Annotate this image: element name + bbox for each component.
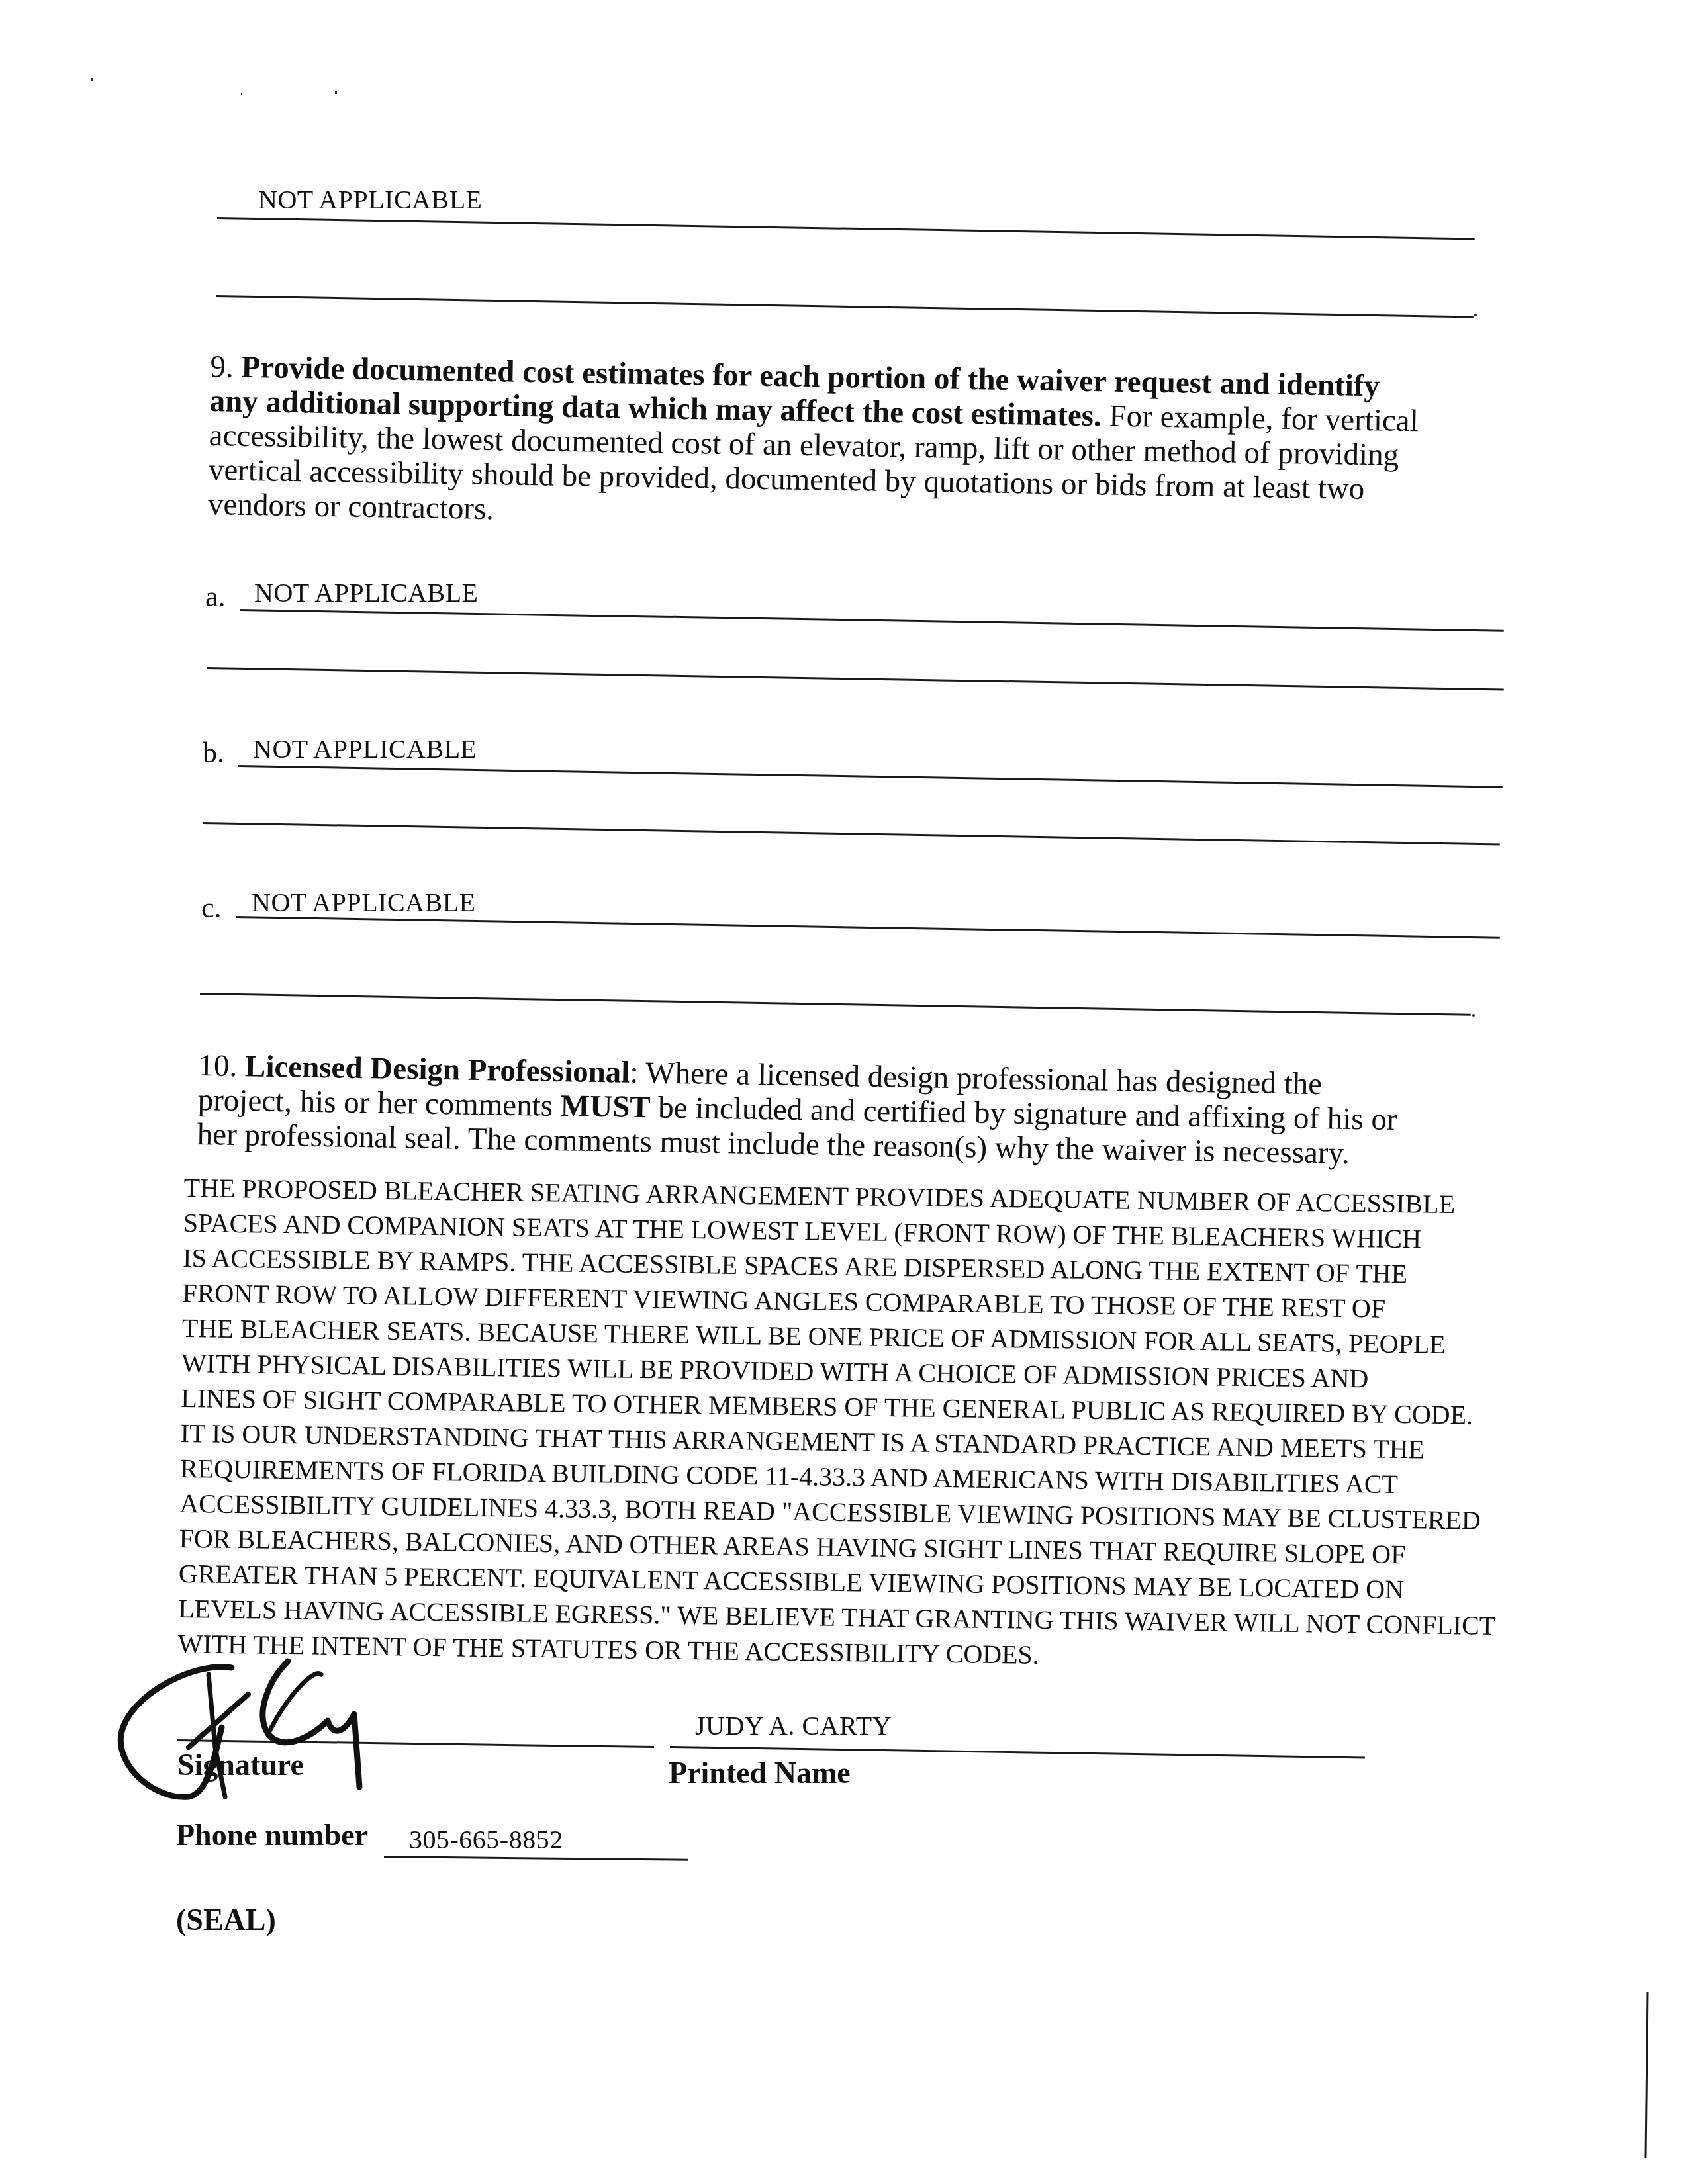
item-9-text: 9. Provide documented cost estimates for… [208, 349, 1419, 541]
phone-number-value: 305-665-8852 [409, 1824, 563, 1855]
item-9c-line-1[interactable] [236, 916, 1500, 939]
printed-name-value: JUDY A. CARTY [695, 1710, 892, 1741]
item-10-title: Licensed Design Professional [245, 1049, 630, 1090]
printed-name-label: Printed Name [669, 1755, 851, 1790]
item-9c-line-2[interactable] [200, 993, 1471, 1016]
design-professional-comments: THE PROPOSED BLEACHER SEATING ARRANGEMEN… [177, 1170, 1501, 1678]
item-9c-answer: NOT APPLICABLE [252, 887, 476, 918]
item-9c-letter: c. [201, 891, 222, 925]
period-mark [1474, 314, 1477, 316]
scan-edge-mark [1644, 1992, 1648, 2158]
handwritten-signature [116, 1655, 526, 1813]
item-10-number: 10. [198, 1048, 238, 1083]
item-9b-answer: NOT APPLICABLE [253, 733, 477, 764]
document-page: NOT APPLICABLE 9. Provide documented cos… [0, 0, 1688, 2184]
item-9-line2-rest: For example, for vertical [1101, 398, 1419, 438]
item-9a-line-1[interactable] [240, 609, 1504, 632]
item-9a-line-2[interactable] [207, 667, 1504, 690]
item-9a-answer: NOT APPLICABLE [254, 577, 479, 608]
item-10-line2-pre: project, his or her comments [197, 1083, 561, 1123]
item-10-text: 10. Licensed Design Professional: Where … [197, 1048, 1397, 1171]
phone-number-label: Phone number [176, 1817, 368, 1852]
previous-answer-text: NOT APPLICABLE [258, 184, 483, 215]
item-9b-letter: b. [203, 736, 224, 770]
period-mark [1472, 1014, 1475, 1017]
item-9-number: 9. [210, 349, 234, 385]
item-9b-line-2[interactable] [203, 822, 1500, 845]
item-9a-letter: a. [205, 580, 226, 614]
previous-answer-line-2[interactable] [216, 295, 1474, 318]
item-10-must: MUST [560, 1089, 651, 1124]
seal-label: (SEAL) [176, 1902, 276, 1937]
phone-number-line[interactable] [384, 1856, 688, 1861]
previous-answer-line-1[interactable] [217, 217, 1475, 240]
item-9b-line-1[interactable] [238, 765, 1503, 788]
